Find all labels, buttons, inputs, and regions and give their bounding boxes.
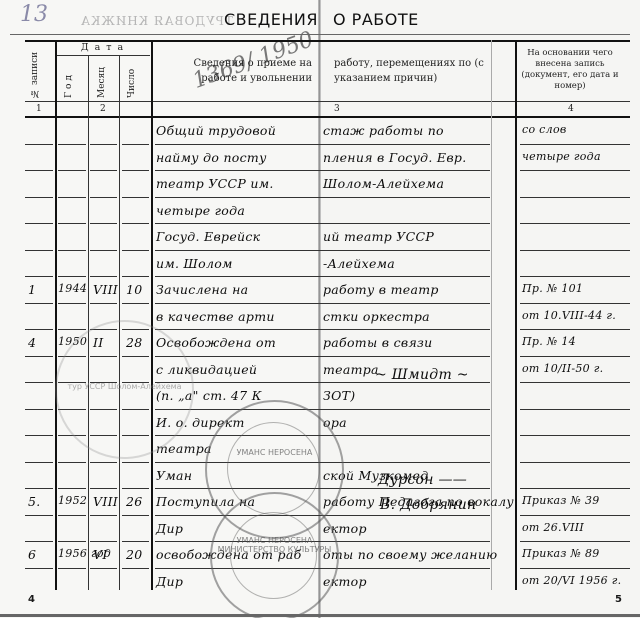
cell-month: VIII	[93, 494, 118, 509]
row-rule	[25, 462, 53, 463]
row-rule	[520, 515, 630, 516]
date-subheader-line	[55, 55, 150, 56]
cell-text-right: работу в театр	[323, 282, 439, 297]
header-bottom-line	[25, 101, 630, 102]
row-rule	[25, 170, 53, 171]
row-rule	[90, 170, 117, 171]
row-rule	[25, 435, 53, 436]
cell-basis: от 26.VIII	[522, 521, 584, 534]
row-rule	[520, 462, 630, 463]
row-rule	[25, 197, 53, 198]
cell-text-right: стаж работы по	[323, 123, 444, 138]
row-rule	[155, 329, 490, 330]
col-divider-year	[88, 55, 89, 590]
cell-text-left: театр УССР им.	[156, 176, 274, 191]
row-rule	[25, 409, 53, 410]
cell-text-left: четыре года	[156, 203, 245, 218]
row-rule	[90, 250, 117, 251]
row-rule	[122, 568, 149, 569]
signature-acting-director: ~ Шмидт ~	[375, 367, 469, 383]
row-rule	[58, 250, 86, 251]
row-rule	[90, 223, 117, 224]
row-rule	[25, 382, 53, 383]
row-rule	[90, 515, 117, 516]
cell-basis: от 10/II-50 г.	[522, 362, 603, 375]
stamp-faded-left: тур УССР Шолом-Алейхема	[55, 320, 194, 459]
colnum-2: 2	[100, 104, 106, 114]
cell-text-left: Зачислена на	[156, 282, 248, 297]
header-day: Число	[127, 62, 137, 98]
cell-text-right: работы в связи	[323, 335, 433, 350]
cell-text-left: найму до посту	[156, 150, 267, 165]
col-divider-1	[55, 40, 57, 590]
row-rule	[155, 356, 490, 357]
row-rule	[58, 276, 86, 277]
cell-basis: Пр. № 14	[522, 335, 576, 348]
colnum-3: 3	[334, 104, 340, 114]
title-right: О РАБОТЕ	[333, 10, 419, 29]
header-record-no: № записи	[30, 50, 40, 98]
signature-director-1952: Дурсон ——	[378, 472, 467, 488]
row-rule	[122, 197, 149, 198]
cell-text-left: Общий трудовой	[156, 123, 276, 138]
row-rule	[520, 382, 630, 383]
row-rule	[25, 144, 53, 145]
row-rule	[122, 303, 149, 304]
cell-basis: Приказ № 89	[522, 547, 600, 560]
row-rule	[520, 303, 630, 304]
row-rule	[122, 462, 149, 463]
row-rule	[155, 409, 490, 410]
row-rule	[155, 144, 490, 145]
header-info-left: Сведения о приеме на работе и увольнении	[172, 56, 312, 86]
cell-day: 10	[126, 282, 143, 297]
row-rule	[90, 488, 117, 489]
row-rule	[520, 356, 630, 357]
cell-month: VIII	[93, 282, 118, 297]
row-rule	[520, 276, 630, 277]
cell-record-no: 6	[28, 547, 36, 562]
row-rule	[58, 303, 86, 304]
row-rule	[122, 223, 149, 224]
header-date: Дата	[60, 42, 150, 54]
row-rule	[58, 541, 86, 542]
title-left: СВЕДЕНИЯ	[224, 10, 318, 29]
header-info-right: работу, перемещениях по (с указанием при…	[334, 56, 494, 86]
cell-record-no: 5.	[28, 494, 41, 509]
cell-day: 26	[126, 494, 143, 509]
bleed-through-title: ТРУДОВАЯ КНИЖКА	[80, 14, 233, 28]
cell-month: VI	[93, 547, 108, 562]
row-rule	[520, 409, 630, 410]
row-rule	[90, 462, 117, 463]
row-rule	[25, 303, 53, 304]
row-rule	[25, 515, 53, 516]
row-rule	[25, 223, 53, 224]
cell-basis: Приказ № 39	[522, 494, 600, 507]
cell-basis: от 10.VIII-44 г.	[522, 309, 616, 322]
page-number-left: 4	[28, 594, 35, 605]
row-rule	[25, 250, 53, 251]
row-rule	[122, 170, 149, 171]
row-rule	[122, 515, 149, 516]
row-rule	[520, 223, 630, 224]
cell-text-left: в качестве арти	[156, 309, 275, 324]
cell-text-right: пления в Госуд. Евр.	[323, 150, 467, 165]
row-rule	[58, 462, 86, 463]
row-rule	[90, 144, 117, 145]
page-number-right: 5	[615, 594, 622, 605]
row-rule	[25, 356, 53, 357]
cell-record-no: 4	[28, 335, 36, 350]
row-rule	[58, 488, 86, 489]
cell-text-left: Уман	[156, 468, 192, 483]
row-rule	[90, 303, 117, 304]
row-rule	[520, 170, 630, 171]
header-top-thin	[10, 34, 630, 35]
row-rule	[155, 250, 490, 251]
row-rule	[25, 568, 53, 569]
cell-text-right: стки оркестра	[323, 309, 430, 324]
cell-text-right: -Алейхема	[323, 256, 395, 271]
row-rule	[25, 329, 53, 330]
row-rule	[122, 144, 149, 145]
row-rule	[520, 435, 630, 436]
row-rule	[155, 170, 490, 171]
row-rule	[520, 329, 630, 330]
cell-text-right: ЗОТ)	[323, 388, 355, 403]
row-rule	[155, 303, 490, 304]
row-rule	[90, 197, 117, 198]
row-rule	[58, 144, 86, 145]
row-rule	[58, 223, 86, 224]
row-rule	[122, 488, 149, 489]
row-rule	[58, 568, 86, 569]
row-rule	[122, 541, 149, 542]
row-rule	[90, 568, 117, 569]
cell-basis: Пр. № 101	[522, 282, 583, 295]
colnum-bottom-line	[25, 116, 630, 118]
row-rule	[520, 541, 630, 542]
cell-year: 1952	[58, 494, 87, 507]
cell-text-right: Шолом-Алейхема	[323, 176, 444, 191]
row-rule	[122, 250, 149, 251]
cell-text-left: Дир	[156, 574, 183, 589]
row-rule	[155, 276, 490, 277]
cell-text-left: Госуд. Еврейск	[156, 229, 260, 244]
row-rule	[520, 568, 630, 569]
cell-basis: со слов	[522, 123, 567, 136]
stamp-lower: УМАНС НЕРОСЕНА МИНИСТЕРСТВО КУЛЬТУРЫ	[210, 492, 339, 618]
col-divider-2	[151, 40, 153, 590]
row-rule	[155, 197, 490, 198]
header-month: Месяц	[97, 62, 107, 98]
header-year: Год	[64, 62, 74, 98]
cell-text-left: Дир	[156, 521, 183, 536]
row-rule	[520, 250, 630, 251]
row-rule	[25, 488, 53, 489]
row-rule	[520, 197, 630, 198]
row-rule	[25, 541, 53, 542]
col-divider-3	[515, 40, 517, 590]
bottom-edge	[0, 614, 640, 617]
cell-text-left: им. Шолом	[156, 256, 233, 271]
corner-pencil-number: 13	[20, 2, 48, 27]
row-rule	[155, 223, 490, 224]
cell-text-right: оты по своему желанию	[323, 547, 497, 562]
row-rule	[58, 515, 86, 516]
signature-director-1956: В. Добрянин	[380, 497, 477, 513]
row-rule	[58, 197, 86, 198]
cell-year: 1944	[58, 282, 87, 295]
cell-record-no: 1	[28, 282, 36, 297]
row-rule	[90, 541, 117, 542]
cell-day: 20	[126, 547, 143, 562]
cell-basis: от 20/VI 1956 г.	[522, 574, 621, 587]
row-rule	[58, 170, 86, 171]
row-rule	[25, 276, 53, 277]
colnum-1: 1	[36, 104, 42, 114]
row-rule	[520, 144, 630, 145]
row-rule	[90, 276, 117, 277]
row-rule	[58, 329, 86, 330]
colnum-4: 4	[568, 104, 574, 114]
row-rule	[122, 276, 149, 277]
row-rule	[520, 488, 630, 489]
cell-basis: четыре года	[522, 150, 601, 163]
cell-text-right: ий театр УССР	[323, 229, 434, 244]
header-basis: На основании чего внесена запись (докуме…	[520, 48, 620, 92]
cell-text-right: театра	[323, 362, 379, 377]
